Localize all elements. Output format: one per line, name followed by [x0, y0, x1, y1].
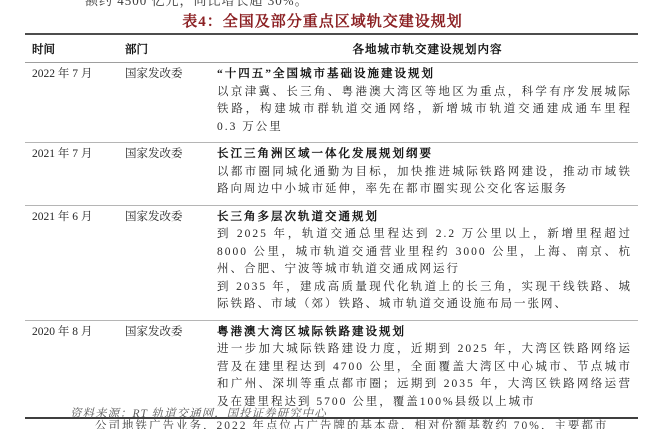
table-row: 2020 年 8 月 国家发改委 粤港澳大湾区城际铁路建设规划 进一步加大城际铁…: [25, 321, 638, 418]
row-date: 2021 年 7 月: [25, 146, 120, 199]
header-col-time: 时间: [25, 41, 120, 57]
plan-paragraph: 以京津冀、长三角、粤港澳大湾区等地区为重点，科学有序发展城际铁路，构建城市群轨道…: [217, 84, 632, 137]
table-header: 时间 部门 各地城市轨交建设规划内容: [25, 35, 638, 63]
report-page: 额约 4500 亿元，同比增长超 30%。 表4：全国及部分重点区域轨交建设规划…: [0, 0, 645, 429]
table-row: 2021 年 7 月 国家发改委 长江三角洲区域一体化发展规划纲要 以都市圈同城…: [25, 143, 638, 206]
row-dept: 国家发改委: [120, 209, 217, 314]
header-col-content: 各地城市轨交建设规划内容: [217, 41, 638, 57]
plan-paragraph: 到 2025 年，轨道交通总里程达到 2.2 万公里以上，新增里程超过 8000…: [217, 226, 632, 279]
plan-title: 粤港澳大湾区城际铁路建设规划: [217, 324, 632, 342]
row-date: 2021 年 6 月: [25, 209, 120, 314]
plan-paragraphs: 到 2025 年，轨道交通总里程达到 2.2 万公里以上，新增里程超过 8000…: [217, 226, 632, 314]
row-plan-content: 长江三角洲区域一体化发展规划纲要 以都市圈同城化通勤为目标，加快推进城际铁路网建…: [217, 146, 638, 199]
bottom-clipped-text: 公司地铁广告业务，2022 年点位占广告牌的基本盘，相对份额基数约 70%，主要…: [95, 419, 608, 429]
plan-table: 时间 部门 各地城市轨交建设规划内容 2022 年 7 月 国家发改委 “十四五…: [25, 33, 638, 419]
plan-paragraph: 进一步加大城际铁路建设力度，近期到 2025 年，大湾区铁路网络运营及在建里程达…: [217, 341, 632, 411]
header-col-dept: 部门: [120, 41, 217, 57]
plan-paragraph: 到 2035 年，建成高质量现代化轨道上的长三角，实现干线铁路、城际铁路、市域（…: [217, 279, 632, 314]
row-plan-content: 粤港澳大湾区城际铁路建设规划 进一步加大城际铁路建设力度，近期到 2025 年，…: [217, 324, 638, 412]
table-title: 表4：全国及部分重点区域轨交建设规划: [0, 10, 645, 31]
row-plan-content: 长三角多层次轨道交通规划 到 2025 年，轨道交通总里程达到 2.2 万公里以…: [217, 209, 638, 314]
row-plan-content: “十四五”全国城市基础设施建设规划 以京津冀、长三角、粤港澳大湾区等地区为重点，…: [217, 66, 638, 136]
table-row: 2021 年 6 月 国家发改委 长三角多层次轨道交通规划 到 2025 年，轨…: [25, 206, 638, 321]
row-dept: 国家发改委: [120, 324, 217, 412]
intro-clipped-text: 额约 4500 亿元，同比增长超 30%。: [85, 0, 309, 8]
plan-paragraph: 以都市圈同城化通勤为目标，加快推进城际铁路网建设，推动市域铁路向周边中小城市延伸…: [217, 164, 632, 199]
plan-paragraphs: 以都市圈同城化通勤为目标，加快推进城际铁路网建设，推动市域铁路向周边中小城市延伸…: [217, 164, 632, 199]
plan-paragraphs: 以京津冀、长三角、粤港澳大湾区等地区为重点，科学有序发展城际铁路，构建城市群轨道…: [217, 84, 632, 137]
plan-paragraphs: 进一步加大城际铁路建设力度，近期到 2025 年，大湾区铁路网络运营及在建里程达…: [217, 341, 632, 411]
row-date: 2020 年 8 月: [25, 324, 120, 412]
row-date: 2022 年 7 月: [25, 66, 120, 136]
row-dept: 国家发改委: [120, 146, 217, 199]
table-row: 2022 年 7 月 国家发改委 “十四五”全国城市基础设施建设规划 以京津冀、…: [25, 63, 638, 143]
plan-title: “十四五”全国城市基础设施建设规划: [217, 66, 632, 84]
plan-title: 长江三角洲区域一体化发展规划纲要: [217, 146, 632, 164]
row-dept: 国家发改委: [120, 66, 217, 136]
plan-title: 长三角多层次轨道交通规划: [217, 209, 632, 227]
